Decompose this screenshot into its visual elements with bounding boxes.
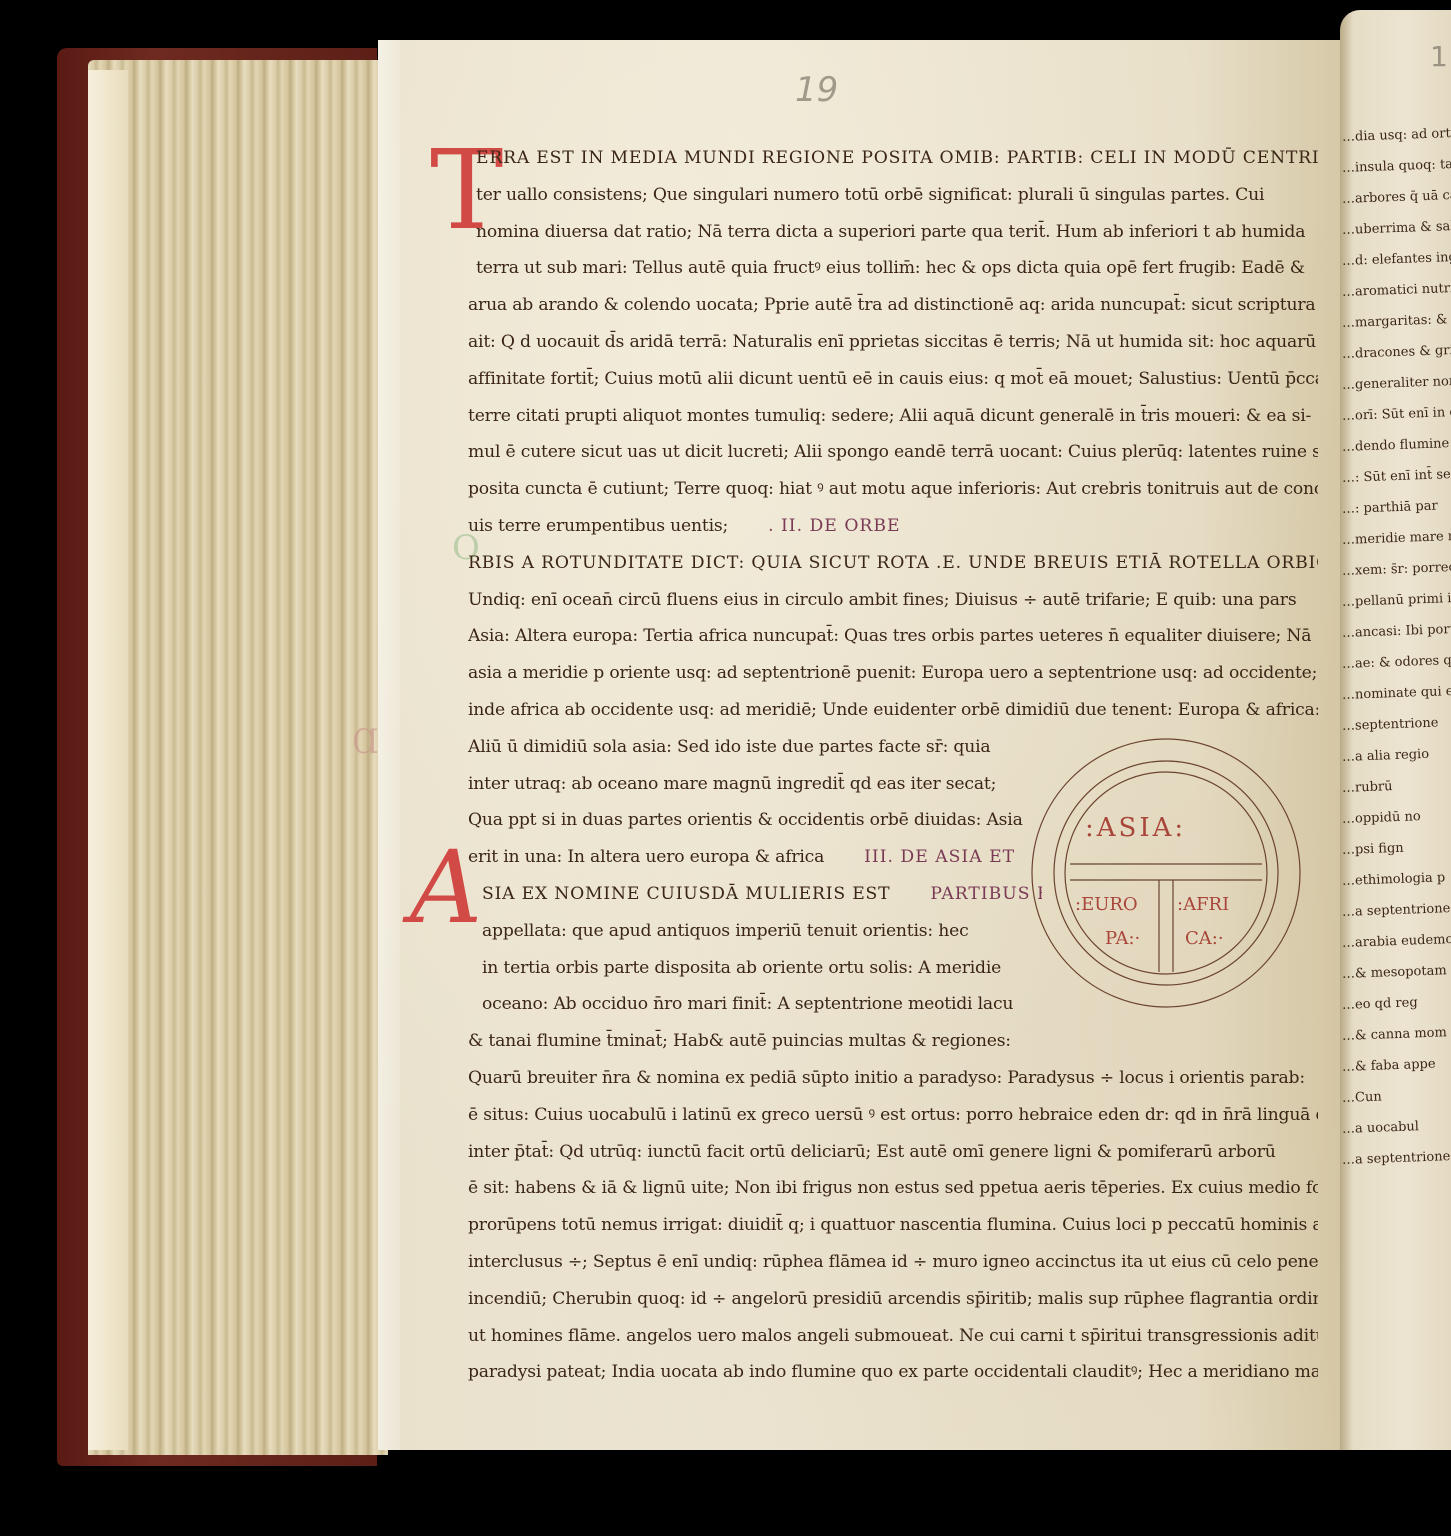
t-o-map-diagram: :ASIA: :EURO PA:· :AFRI CA:· xyxy=(1025,732,1307,1014)
text-line: Undiq: enī ocean̄ circū fluens eius in c… xyxy=(468,582,1318,619)
right-folio-number: 1 xyxy=(1430,40,1448,73)
text-line: nomina diuersa dat ratio; Nā terra dicta… xyxy=(468,214,1318,251)
text-line: SIA EX NOMINE CUIUSDĀ MULIERIS ESTPARTIB… xyxy=(468,876,1042,913)
right-text-line: …orī: Sūt enī in ea: a rac xyxy=(1342,397,1451,432)
text-line: ERRA EST IN MEDIA MUNDI REGIONE POSITA O… xyxy=(468,140,1318,177)
text-line: in tertia orbis parte disposita ab orien… xyxy=(468,950,1042,987)
rubric-heading: III. DE ASIA ET xyxy=(864,847,1015,867)
outer-ring-icon xyxy=(1032,739,1300,1007)
right-text-line: …arabia eudemon; xyxy=(1342,924,1451,959)
right-text-line: …: parthiā par xyxy=(1342,490,1451,525)
text-line: prorūpens totū nemus irrigat: diuidit̄ q… xyxy=(468,1207,1318,1244)
flyleaf-edges xyxy=(88,70,128,1450)
line-text: paradysi pateat; India uocata ab indo fl… xyxy=(468,1362,1318,1382)
text-line: terre citati prupti aliquot montes tumul… xyxy=(468,398,1318,435)
right-text-line: …margaritas: & unic xyxy=(1342,304,1451,339)
line-text: oceano: Ab occiduo n̄ro mari finit̄: A s… xyxy=(482,994,1013,1014)
text-line: RBIS A ROTUNDITATE DICT: QUIA SICUT ROTA… xyxy=(468,545,1318,582)
line-text: inter utraq: ab oceano mare magnū ingred… xyxy=(468,774,996,794)
right-text-line: …: Sūt enī int̄ se finib: fu xyxy=(1342,459,1451,494)
right-text-line: …ethimologia p xyxy=(1342,862,1451,897)
text-line: ait: Q d uocauit d̄s aridā terrā: Natura… xyxy=(468,324,1318,361)
text-line: affinitate fortit̄; Cuius motū alii dicu… xyxy=(468,361,1318,398)
right-text-line: …uberrima & saluberrima xyxy=(1342,211,1451,246)
right-text-line: …a septentrione in xyxy=(1342,893,1451,928)
line-text: uis terre erumpentibus uentis; xyxy=(468,516,728,536)
right-page-text: …dia usq: ad ortū solis…insula quoq: ta … xyxy=(1342,120,1451,1174)
right-text-line: …aromatici nutrit & e xyxy=(1342,273,1451,308)
margin-mark-icon: Ɑ xyxy=(352,722,379,762)
text-line: asia a meridie p oriente usq: ad septent… xyxy=(468,655,1318,692)
text-line: arua ab arando & colendo uocata; Pprie a… xyxy=(468,287,1318,324)
text-line: inde africa ab occidente usq: ad meridiē… xyxy=(468,692,1318,729)
right-text-line: …a septentrione a xyxy=(1342,1141,1451,1174)
right-text-line: …oppidū no xyxy=(1342,800,1451,835)
right-text-line: …meridie mare rubrū ÷ xyxy=(1342,521,1451,556)
map-label-europa-1: :EURO xyxy=(1075,894,1138,915)
line-text: inter p̄tat̄: Qd utrūq: iunctū facit ort… xyxy=(468,1142,1276,1162)
right-text-line: …arbores q̄ uā carentē: hab xyxy=(1342,180,1451,215)
text-line: appellata: que apud antiquos imperiū ten… xyxy=(468,913,1042,950)
line-text: mul ē cutere sicut uas ut dicit lucreti;… xyxy=(468,442,1318,462)
text-line: ter uallo consistens; Que singulari nume… xyxy=(468,177,1318,214)
text-line: erit in una: In altera uero europa & afr… xyxy=(468,839,1028,876)
right-text-line: …nominate qui eas p xyxy=(1342,676,1451,711)
line-text: appellata: que apud antiquos imperiū ten… xyxy=(482,921,969,941)
text-line: Quarū breuiter n̄ra & nomina ex pediā sū… xyxy=(468,1060,1318,1097)
right-text-line: …Cun xyxy=(1342,1079,1451,1114)
line-text: ERRA EST IN MEDIA MUNDI REGIONE POSITA O… xyxy=(476,148,1318,168)
right-text-line: …& faba appe xyxy=(1342,1048,1451,1083)
right-text-line: …septentrione xyxy=(1342,707,1451,742)
line-text: Asia: Altera europa: Tertia africa nuncu… xyxy=(468,626,1311,646)
right-text-line: …dia usq: ad ortū solis xyxy=(1342,120,1451,153)
line-text: inde africa ab occidente usq: ad meridiē… xyxy=(468,700,1318,720)
map-label-africa-2: CA:· xyxy=(1185,928,1224,949)
text-line: ē sit: habens & iā & lignū uite; Non ibi… xyxy=(468,1170,1318,1207)
text-line: & tanai flumine t̄minat̄; Hab& autē puin… xyxy=(468,1023,1028,1060)
line-text: posita cuncta ē cutiunt; Terre quoq: hia… xyxy=(468,479,1318,499)
text-line: Aliū ū dimidiū sola asia: Sed ido iste d… xyxy=(468,729,1028,766)
text-line: Asia: Altera europa: Tertia africa nuncu… xyxy=(468,618,1318,655)
line-text: ē situs: Cuius uocabulū i latinū ex grec… xyxy=(468,1105,1318,1125)
text-line: inter utraq: ab oceano mare magnū ingred… xyxy=(468,766,1028,803)
right-text-line: …d: elefantes ingentes: xyxy=(1342,242,1451,277)
right-text-line: …ae: & odores qui xyxy=(1342,645,1451,680)
right-text-line: …psi fign xyxy=(1342,831,1451,866)
text-line: Qua ppt si in duas partes orientis & occ… xyxy=(468,802,1028,839)
line-text: erit in una: In altera uero europa & afr… xyxy=(468,847,824,867)
text-line: oceano: Ab occiduo n̄ro mari finit̄: A s… xyxy=(468,986,1042,1023)
line-text: terra ut sub mari: Tellus autē quia fruc… xyxy=(476,258,1305,278)
text-line: uis terre erumpentibus uentis;. II. DE O… xyxy=(468,508,1318,545)
line-text: Undiq: enī ocean̄ circū fluens eius in c… xyxy=(468,590,1296,610)
line-text: ait: Q d uocauit d̄s aridā terrā: Natura… xyxy=(468,332,1316,352)
right-text-line: …pellanū primi i colan xyxy=(1342,583,1451,618)
line-text: terre citati prupti aliquot montes tumul… xyxy=(468,406,1311,426)
right-text-line: …a uocabul xyxy=(1342,1110,1451,1145)
line-text: & tanai flumine t̄minat̄; Hab& autē puin… xyxy=(468,1031,1011,1051)
line-text: asia a meridie p oriente usq: ad septent… xyxy=(468,663,1318,683)
map-label-europa-2: PA:· xyxy=(1105,928,1140,949)
page-guard-strip xyxy=(378,40,400,1450)
right-text-line: …rubrū xyxy=(1342,769,1451,804)
line-text: in tertia orbis parte disposita ab orien… xyxy=(482,958,1001,978)
line-text: incendiū; Cherubin quoq: id ÷ angelorū p… xyxy=(468,1289,1318,1309)
line-text: Quarū breuiter n̄ra & nomina ex pediā sū… xyxy=(468,1068,1305,1088)
text-line: ut homines flāme. angelos uero malos ang… xyxy=(468,1318,1318,1355)
right-text-line: …ancasi: Ibi porte caspi xyxy=(1342,614,1451,649)
right-text-line: …generaliter nominat: p xyxy=(1342,366,1451,401)
text-line: paradysi pateat; India uocata ab indo fl… xyxy=(468,1354,1318,1391)
right-text-line: …insula quoq: ta pbane xyxy=(1342,149,1451,184)
line-text: prorūpens totū nemus irrigat: diuidit̄ q… xyxy=(468,1215,1318,1235)
folio-number: 19 xyxy=(795,70,838,110)
right-text-line: …xem: s̄r: porrecta a xyxy=(1342,552,1451,587)
line-text: ē sit: habens & iā & lignū uite; Non ibi… xyxy=(468,1178,1318,1198)
text-line: interclusus ÷; Septus ē enī undiq: rūphe… xyxy=(468,1244,1318,1281)
line-text: Aliū ū dimidiū sola asia: Sed ido iste d… xyxy=(468,737,990,757)
text-line: inter p̄tat̄: Qd utrūq: iunctū facit ort… xyxy=(468,1134,1318,1171)
text-line: ē situs: Cuius uocabulū i latinū ex grec… xyxy=(468,1097,1318,1134)
line-text: RBIS A ROTUNDITATE DICT: QUIA SICUT ROTA… xyxy=(468,553,1318,573)
line-text: Qua ppt si in duas partes orientis & occ… xyxy=(468,810,1023,830)
map-label-africa-1: :AFRI xyxy=(1177,894,1229,915)
map-label-asia: :ASIA: xyxy=(1085,813,1186,843)
text-line: terra ut sub mari: Tellus autē quia fruc… xyxy=(468,250,1318,287)
right-text-line: …dracones & gripheas & xyxy=(1342,335,1451,370)
line-text: ter uallo consistens; Que singulari nume… xyxy=(476,185,1264,205)
right-text-line: …& mesopotam xyxy=(1342,955,1451,990)
line-text: ut homines flāme. angelos uero malos ang… xyxy=(468,1326,1318,1346)
line-text: interclusus ÷; Septus ē enī undiq: rūphe… xyxy=(468,1252,1318,1272)
line-text: SIA EX NOMINE CUIUSDĀ MULIERIS EST xyxy=(482,884,890,904)
rubric-heading: . II. DE ORBE xyxy=(768,516,900,536)
right-text-line: …eo qd reg xyxy=(1342,986,1451,1021)
line-text: nomina diuersa dat ratio; Nā terra dicta… xyxy=(476,222,1305,242)
right-text-line: …& canna mom xyxy=(1342,1017,1451,1052)
right-text-line: …a alia regio xyxy=(1342,738,1451,773)
text-line: mul ē cutere sicut uas ut dicit lucreti;… xyxy=(468,434,1318,471)
line-text: affinitate fortit̄; Cuius motū alii dicu… xyxy=(468,369,1318,389)
right-text-line: …dendo flumine fumant xyxy=(1342,428,1451,463)
page-edges-stack xyxy=(88,60,388,1455)
text-line: incendiū; Cherubin quoq: id ÷ angelorū p… xyxy=(468,1281,1318,1318)
text-line: posita cuncta ē cutiunt; Terre quoq: hia… xyxy=(468,471,1318,508)
line-text: arua ab arando & colendo uocata; Pprie a… xyxy=(468,295,1315,315)
